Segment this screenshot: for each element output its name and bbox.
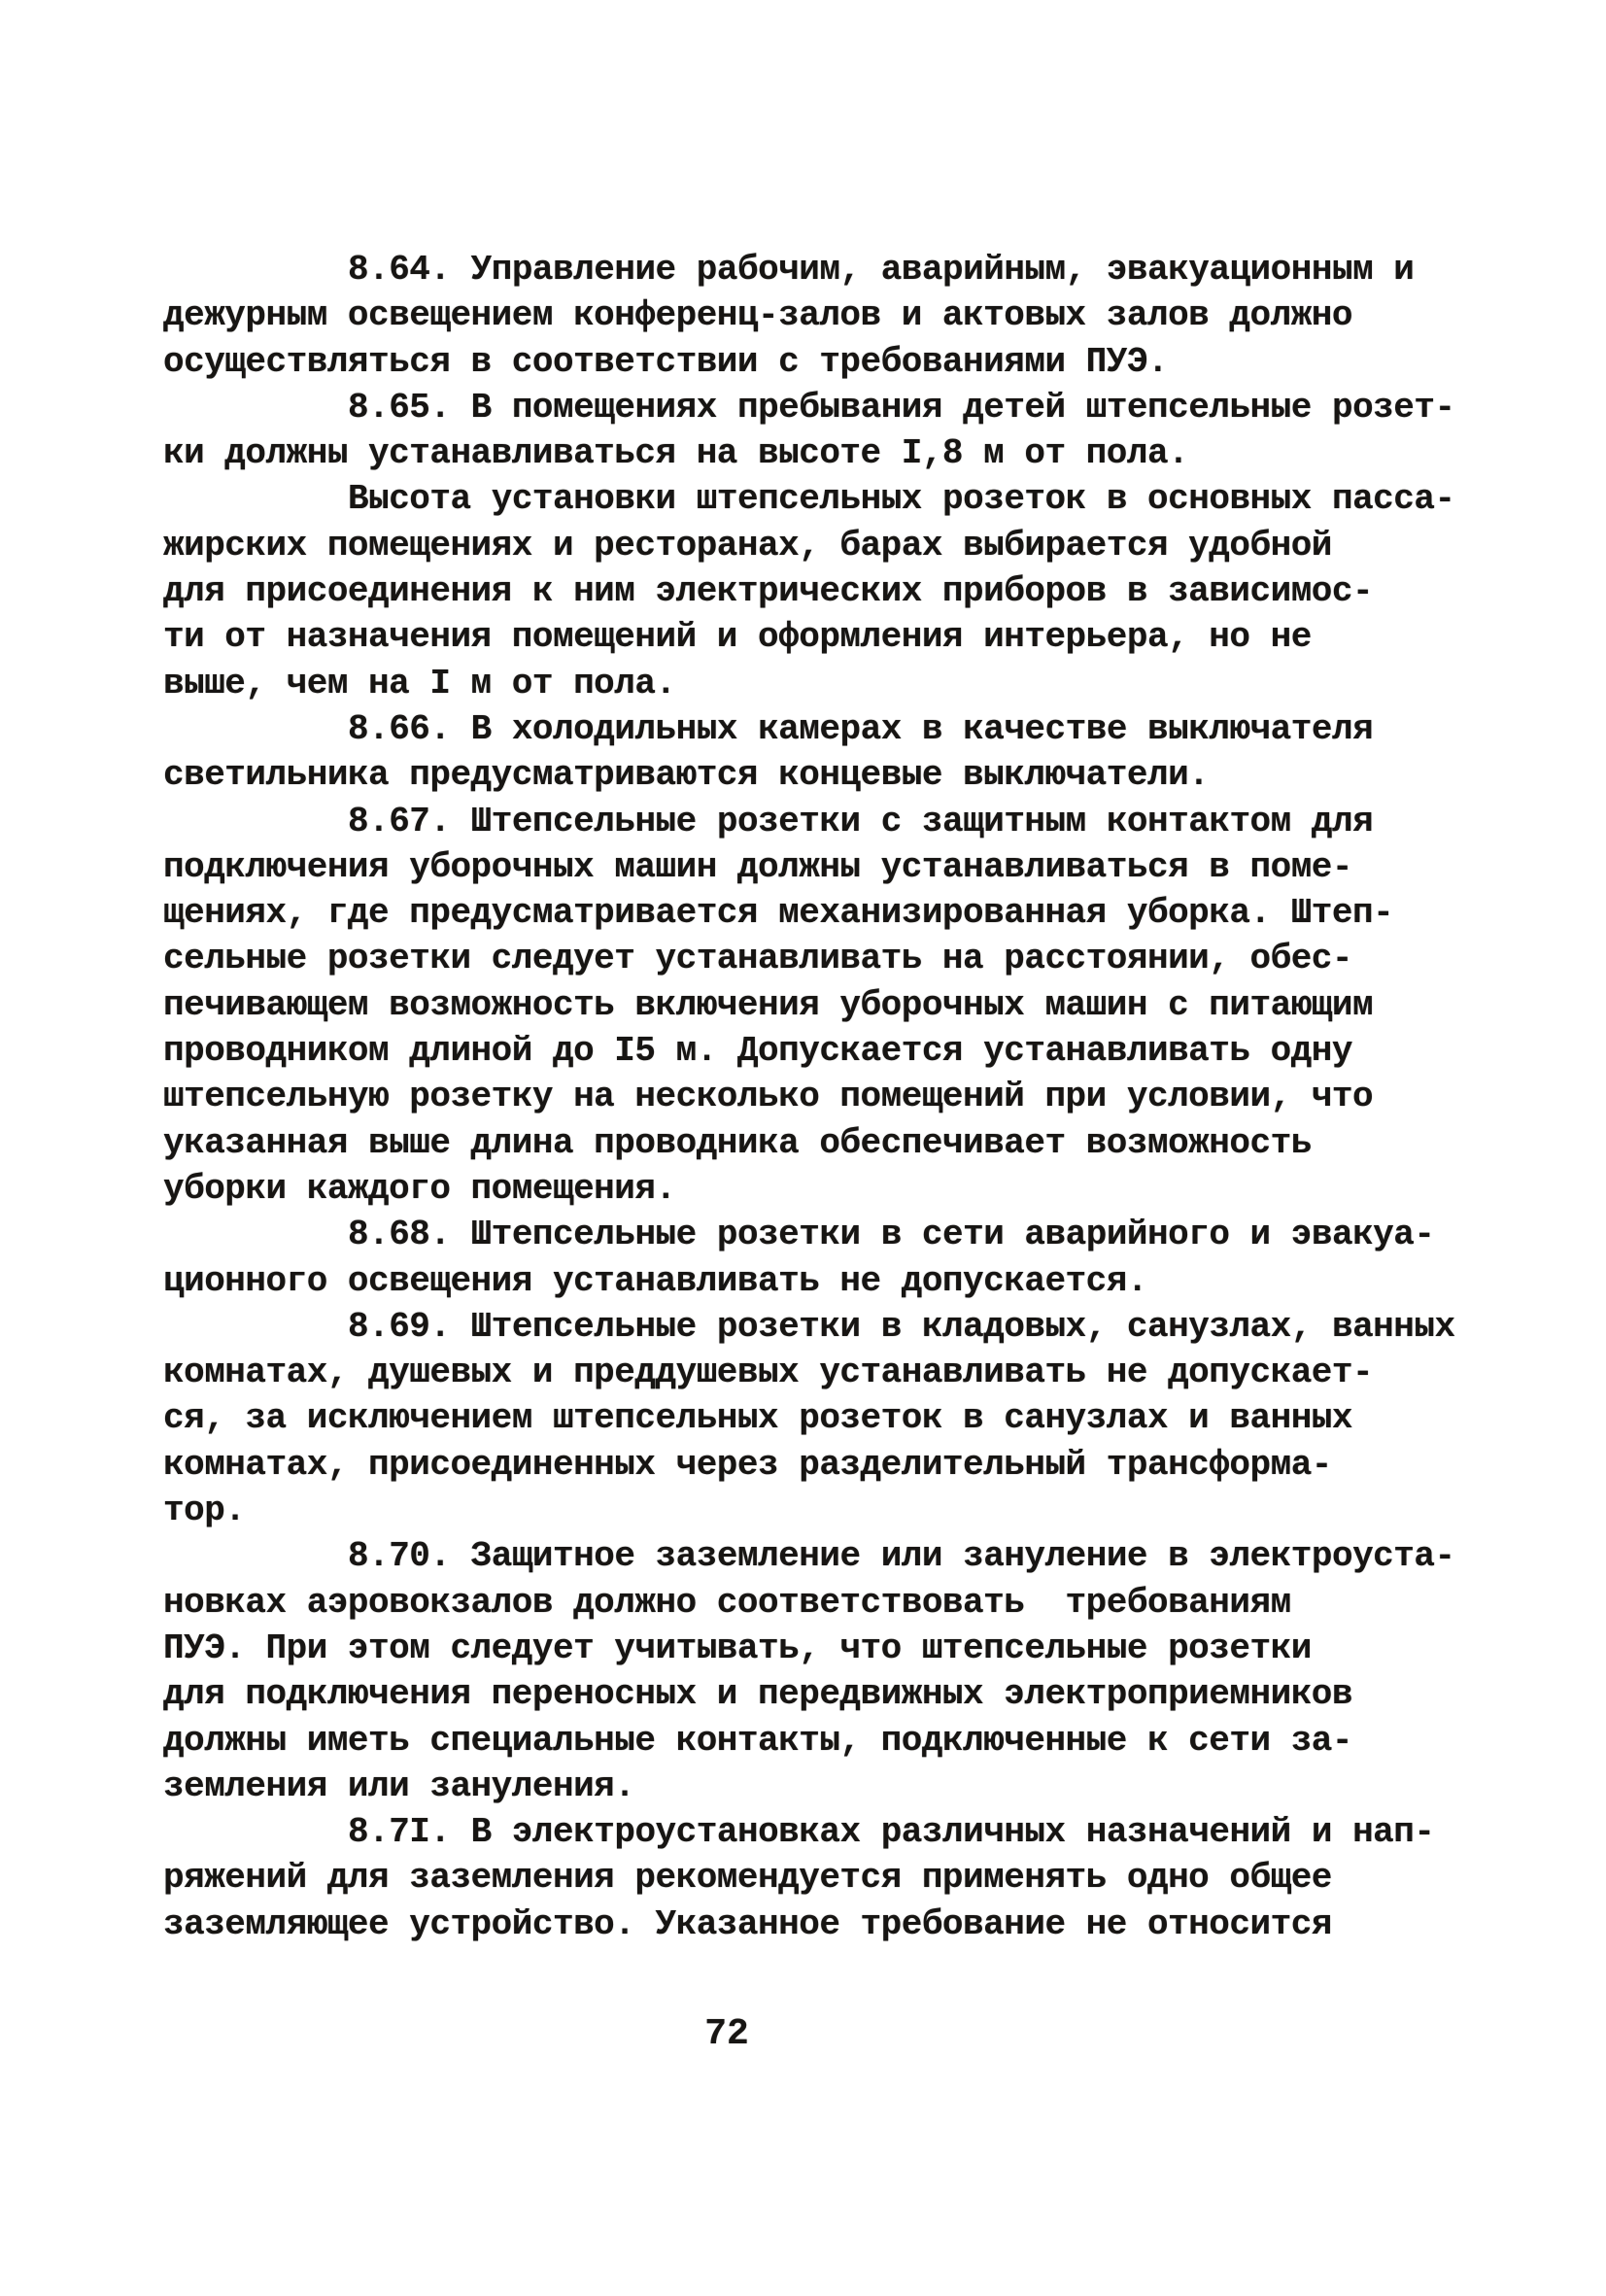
text-line: 8.69. Штепсельные розетки в кладовых, са… <box>163 1304 1465 1350</box>
text-line: должны иметь специальные контакты, подкл… <box>163 1718 1465 1764</box>
text-line: ся, за исключением штепсельных розеток в… <box>163 1395 1465 1441</box>
text-line: комнатах, присоединенных через разделите… <box>163 1442 1465 1488</box>
text-line: щениях, где предусматривается механизиро… <box>163 890 1465 936</box>
text-line: 8.68. Штепсельные розетки в сети аварийн… <box>163 1212 1465 1257</box>
text-line: светильника предусматриваются концевые в… <box>163 752 1465 798</box>
text-line: указанная выше длина проводника обеспечи… <box>163 1120 1465 1166</box>
text-line: 8.64. Управление рабочим, аварийным, эва… <box>163 247 1465 292</box>
text-line: жирских помещениях и ресторанах, барах в… <box>163 523 1465 568</box>
text-line: заземляющее устройство. Указанное требов… <box>163 1902 1465 1947</box>
text-line: ряжений для заземления рекомендуется при… <box>163 1855 1465 1901</box>
text-line: дежурным освещением конференц-залов и ак… <box>163 292 1465 338</box>
text-line: проводником длиной до I5 м. Допускается … <box>163 1028 1465 1074</box>
page-number: 72 <box>630 2013 824 2055</box>
text-line: сельные розетки следует устанавливать на… <box>163 936 1465 981</box>
text-line: осуществляться в соответствии с требован… <box>163 339 1465 385</box>
text-line: 8.65. В помещениях пребывания детей штеп… <box>163 385 1465 430</box>
text-line: штепсельную розетку на несколько помещен… <box>163 1074 1465 1119</box>
text-line: уборки каждого помещения. <box>163 1166 1465 1212</box>
text-line: Высота установки штепсельных розеток в о… <box>163 476 1465 522</box>
text-line: 8.67. Штепсельные розетки с защитным кон… <box>163 799 1465 844</box>
text-line: новках аэровокзалов должно соответствова… <box>163 1580 1465 1626</box>
text-line: подключения уборочных машин должны устан… <box>163 844 1465 890</box>
text-line: тор. <box>163 1488 1465 1533</box>
text-line: земления или зануления. <box>163 1764 1465 1809</box>
text-line: ки должны устанавливаться на высоте I,8 … <box>163 430 1465 476</box>
text-line: ти от назначения помещений и оформления … <box>163 614 1465 660</box>
text-line: 8.70. Защитное заземление или зануление … <box>163 1533 1465 1579</box>
text-line: 8.66. В холодильных камерах в качестве в… <box>163 706 1465 752</box>
text-line: 8.7I. В электроустановках различных назн… <box>163 1809 1465 1855</box>
text-line: комнатах, душевых и преддушевых устанавл… <box>163 1350 1465 1395</box>
text-line: печивающем возможность включения уборочн… <box>163 982 1465 1028</box>
text-line: для присоединения к ним электрических пр… <box>163 568 1465 614</box>
text-line: для подключения переносных и передвижных… <box>163 1671 1465 1717</box>
text-line: выше, чем на I м от пола. <box>163 661 1465 706</box>
text-block: 8.64. Управление рабочим, аварийным, эва… <box>163 247 1465 1947</box>
text-line: ПУЭ. При этом следует учитывать, что ште… <box>163 1626 1465 1671</box>
text-line: ционного освещения устанавливать не допу… <box>163 1258 1465 1304</box>
scanned-document-page: 8.64. Управление рабочим, аварийным, эва… <box>0 0 1606 2296</box>
